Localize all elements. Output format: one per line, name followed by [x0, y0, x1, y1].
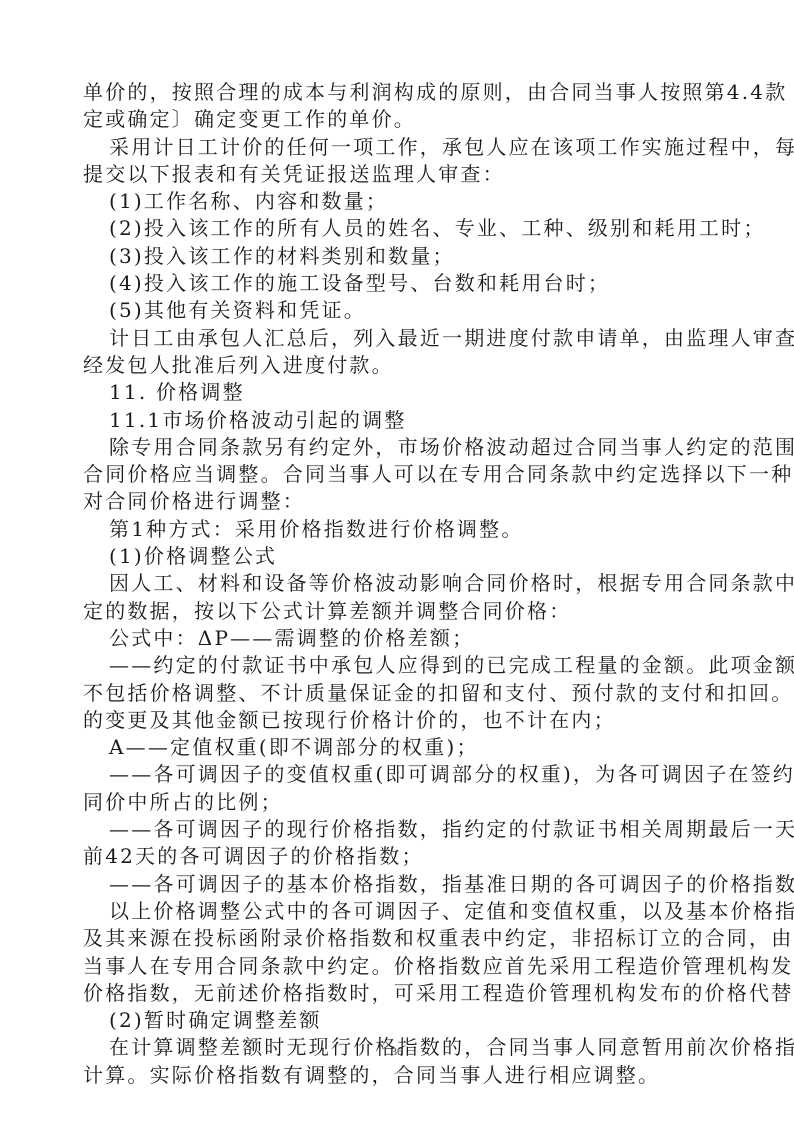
text-line: 对合同价格进行调整：: [83, 488, 713, 515]
text-line: 单价的，按照合理的成本与利润构成的原则，由合同当事人按照第4.4款〔商: [83, 79, 713, 106]
text-line: 定的数据，按以下公式计算差额并调整合同价格：: [83, 598, 713, 625]
text-line: 价格指数，无前述价格指数时，可采用工程造价管理机构发布的价格代替。: [83, 980, 713, 1007]
subheading: (2)暂时确定调整差额: [83, 1007, 713, 1034]
text-line: 除专用合同条款另有约定外，市场价格波动超过合同当事人约定的范围，: [83, 434, 713, 461]
page-number: 36: [0, 1046, 794, 1058]
list-item: (3)投入该工作的材料类别和数量；: [83, 243, 713, 270]
text-line: ——各可调因子的基本价格指数，指基准日期的各可调因子的价格指数。: [83, 871, 713, 898]
text-line: 计日工由承包人汇总后，列入最近一期进度付款申请单，由监理人审查并: [83, 325, 713, 352]
list-item: (1)工作名称、内容和数量；: [83, 188, 713, 215]
text-line: 提交以下报表和有关凭证报送监理人审查：: [83, 161, 713, 188]
text-line: ——各可调因子的现行价格指数，指约定的付款证书相关周期最后一天的: [83, 816, 713, 843]
text-line: 采用计日工计价的任何一项工作，承包人应在该项工作实施过程中，每天: [83, 134, 713, 161]
text-line: 及其来源在投标函附录价格指数和权重表中约定，非招标订立的合同，由合同: [83, 925, 713, 952]
text-line: 公式中：ΔP——需调整的价格差额；: [83, 625, 713, 652]
text-line: 当事人在专用合同条款中约定。价格指数应首先采用工程造价管理机构发布的: [83, 953, 713, 980]
text-line: 不包括价格调整、不计质量保证金的扣留和支付、预付款的支付和扣回。约定: [83, 680, 713, 707]
text-line: 以上价格调整公式中的各可调因子、定值和变值权重，以及基本价格指数: [83, 898, 713, 925]
list-item: (2)投入该工作的所有人员的姓名、专业、工种、级别和耗用工时；: [83, 215, 713, 242]
text-line: ——各可调因子的变值权重(即可调部分的权重)，为各可调因子在签约合: [83, 761, 713, 788]
section-heading: 11. 价格调整: [83, 379, 713, 406]
document-body: 单价的，按照合理的成本与利润构成的原则，由合同当事人按照第4.4款〔商 定或确定…: [83, 79, 713, 1089]
text-line: 前42天的各可调因子的价格指数；: [83, 843, 713, 870]
list-item: (4)投入该工作的施工设备型号、台数和耗用台时；: [83, 270, 713, 297]
list-item: (5)其他有关资料和凭证。: [83, 297, 713, 324]
text-line: 计算。实际价格指数有调整的，合同当事人进行相应调整。: [83, 1062, 713, 1089]
text-line: 合同价格应当调整。合同当事人可以在专用合同条款中约定选择以下一种方式: [83, 461, 713, 488]
text-line: 同价中所占的比例；: [83, 789, 713, 816]
subsection-heading: 11.1市场价格波动引起的调整: [83, 407, 713, 434]
text-line: 因人工、材料和设备等价格波动影响合同价格时，根据专用合同条款中约: [83, 570, 713, 597]
text-line: A——定值权重(即不调部分的权重)；: [83, 734, 713, 761]
text-line: 定或确定〕确定变更工作的单价。: [83, 106, 713, 133]
text-line: 第1种方式：采用价格指数进行价格调整。: [83, 516, 713, 543]
text-line: 的变更及其他金额已按现行价格计价的，也不计在内；: [83, 707, 713, 734]
text-line: ——约定的付款证书中承包人应得到的已完成工程量的金额。此项金额应: [83, 652, 713, 679]
subheading: (1)价格调整公式: [83, 543, 713, 570]
text-line: 经发包人批准后列入进度付款。: [83, 352, 713, 379]
